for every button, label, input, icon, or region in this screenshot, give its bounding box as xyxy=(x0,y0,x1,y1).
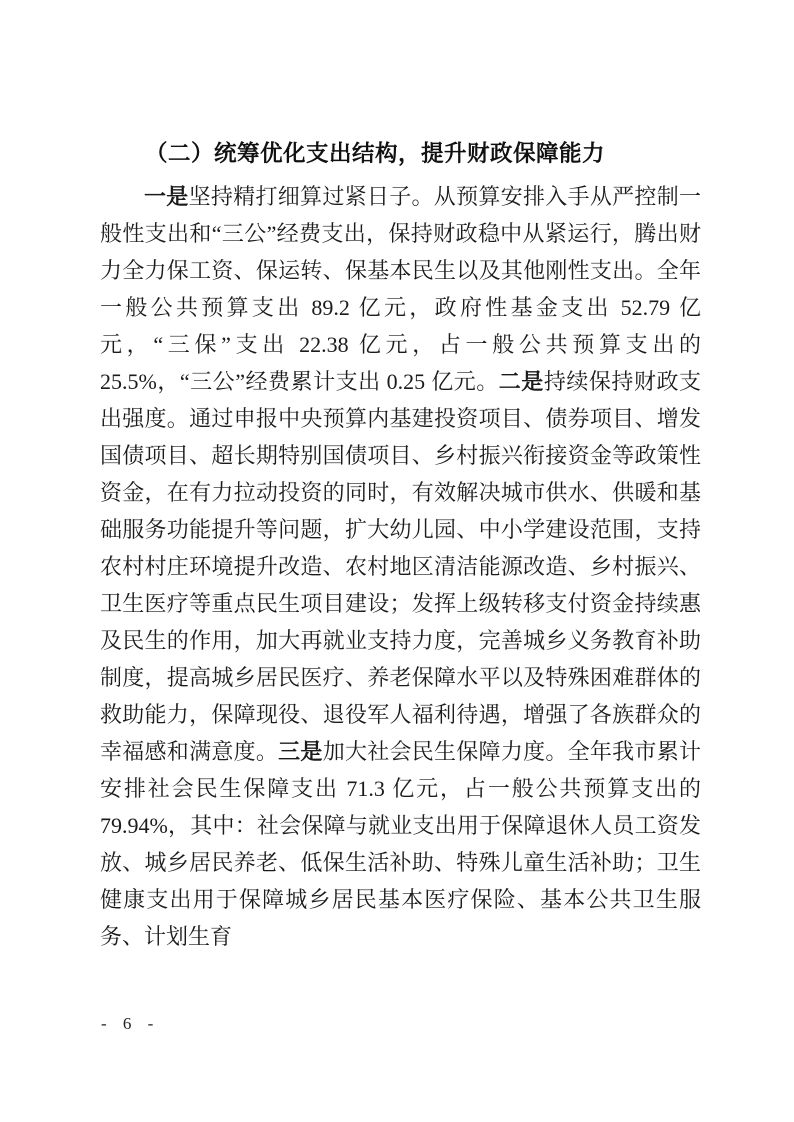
body-paragraph: 一是坚持精打细算过紧日子。从预算安排入手从严控制一般性支出和“三公”经费支出，保… xyxy=(100,178,701,955)
document-page: （二）统筹优化支出结构，提升财政保障能力 一是坚持精打细算过紧日子。从预算安排入… xyxy=(0,0,794,1122)
emphasis-run: 二是 xyxy=(499,369,544,394)
text-run: 加大社会民生保障力度。全年我市累计安排社会民生保障支出 71.3 亿元，占一般公… xyxy=(100,739,701,949)
page-number: - 6 - xyxy=(101,1014,159,1034)
text-run: 持续保持财政支出强度。通过申报中央预算内基建投资项目、债券项目、增发国债项目、超… xyxy=(100,369,701,764)
page-content: （二）统筹优化支出结构，提升财政保障能力 一是坚持精打细算过紧日子。从预算安排入… xyxy=(100,137,701,955)
emphasis-run: 三是 xyxy=(278,739,323,764)
emphasis-run: 一是 xyxy=(144,184,189,209)
section-heading: （二）统筹优化支出结构，提升财政保障能力 xyxy=(100,137,701,171)
text-run: 坚持精打细算过紧日子。从预算安排入手从严控制一般性支出和“三公”经费支出，保持财… xyxy=(100,184,701,394)
